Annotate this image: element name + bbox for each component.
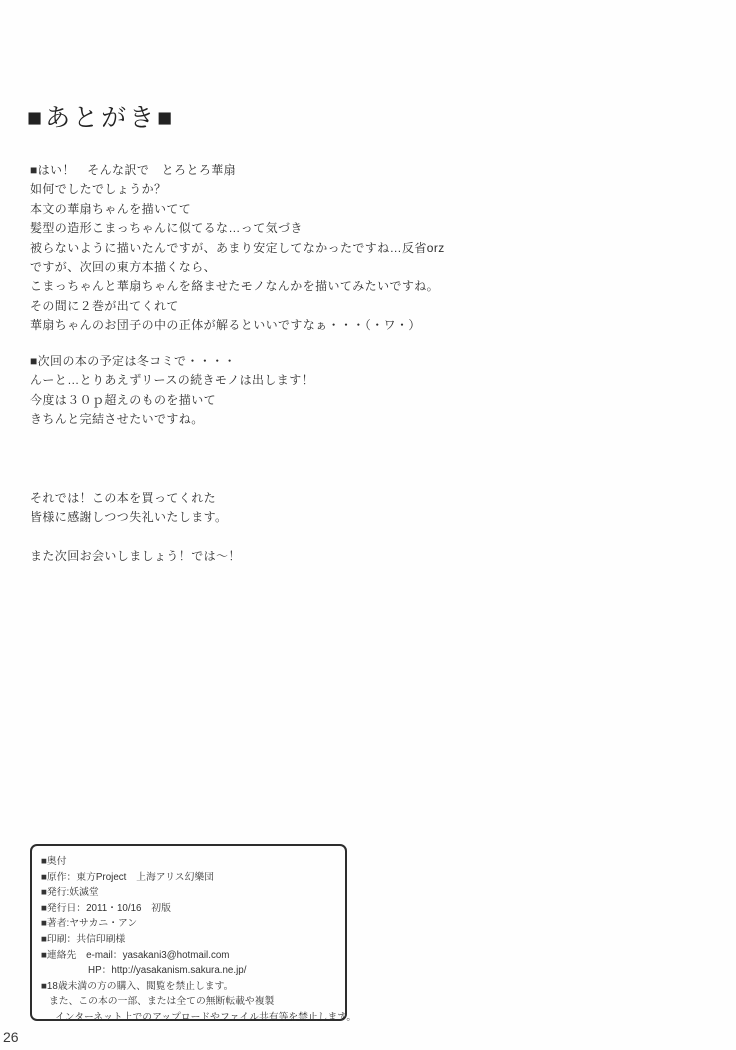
colophon-row-age-restriction: ■18歳未満の方の購入、閲覧を禁止します。 bbox=[41, 979, 336, 995]
colophon-row-contact-email: ■連絡先 e-mail：yasakani3@hotmail.com bbox=[41, 948, 336, 964]
colophon-row-okuzuke: ■奥付 bbox=[41, 854, 336, 870]
text-line: ですが、次回の東方本描くなら、 bbox=[30, 258, 445, 277]
colophon-row-contact-hp: HP：http://yasakanism.sakura.ne.jp/ bbox=[41, 963, 336, 979]
text-line: 本文の華扇ちゃんを描いてて bbox=[30, 200, 445, 219]
afterword-title: ■あとがき■ bbox=[27, 98, 175, 134]
text-line: こまっちゃんと華扇ちゃんを絡ませたモノなんかを描いてみたいですね。 bbox=[30, 277, 445, 296]
colophon-row-publication-date: ■発行日：2011・10/16 初版 bbox=[41, 901, 336, 917]
colophon-row-no-reproduction: また、この本の一部、または全ての無断転載や複製 bbox=[41, 994, 336, 1010]
afterword-paragraph-4: また次回お会いしましょう！では～！ bbox=[30, 547, 241, 566]
afterword-paragraph-1: ■はい！ そんな訳で とろとろ華扇 如何でしたでしょうか？ 本文の華扇ちゃんを描… bbox=[30, 161, 445, 336]
afterword-paragraph-3: それでは！この本を買ってくれた 皆様に感謝しつつ失礼いたします。 bbox=[30, 489, 227, 528]
colophon-box: ■奥付 ■原作：東方Project 上海アリス幻樂団 ■発行:妖滅堂 ■発行日：… bbox=[30, 844, 347, 1021]
colophon-row-author: ■著者:ヤサカニ・アン bbox=[41, 916, 336, 932]
colophon-row-no-upload: インターネット上でのアップロードやファイル共有等を禁止します。 bbox=[41, 1010, 336, 1026]
afterword-paragraph-2: ■次回の本の予定は冬コミで・・・・ んーと…とりあえずリースの続きモノは出します… bbox=[30, 352, 314, 430]
text-line: きちんと完結させたいですね。 bbox=[30, 410, 314, 429]
colophon-row-printer: ■印刷：共信印刷様 bbox=[41, 932, 336, 948]
text-line: 皆様に感謝しつつ失礼いたします。 bbox=[30, 508, 227, 527]
text-line: 被らないように描いたんですが、あまり安定してなかったですね…反省orz bbox=[30, 239, 445, 258]
text-line: んーと…とりあえずリースの続きモノは出します！ bbox=[30, 371, 314, 390]
text-line: それでは！この本を買ってくれた bbox=[30, 489, 227, 508]
text-line: 髪型の造形こまっちゃんに似てるな…って気づき bbox=[30, 219, 445, 238]
text-line: 華扇ちゃんのお団子の中の正体が解るといいですなぁ・・・（・ワ・） bbox=[30, 316, 445, 335]
text-line: 今度は３０ｐ超えのものを描いて bbox=[30, 391, 314, 410]
text-line: ■はい！ そんな訳で とろとろ華扇 bbox=[30, 161, 445, 180]
text-line: また次回お会いしましょう！では～！ bbox=[30, 547, 241, 566]
colophon-row-original-work: ■原作：東方Project 上海アリス幻樂団 bbox=[41, 870, 336, 886]
text-line: 如何でしたでしょうか？ bbox=[30, 180, 445, 199]
page-number: 26 bbox=[3, 1029, 19, 1045]
text-line: ■次回の本の予定は冬コミで・・・・ bbox=[30, 352, 314, 371]
colophon-row-publisher: ■発行:妖滅堂 bbox=[41, 885, 336, 901]
text-line: その間に２巻が出てくれて bbox=[30, 297, 445, 316]
doujin-afterword-page: ■あとがき■ ■はい！ そんな訳で とろとろ華扇 如何でしたでしょうか？ 本文の… bbox=[0, 0, 736, 1050]
